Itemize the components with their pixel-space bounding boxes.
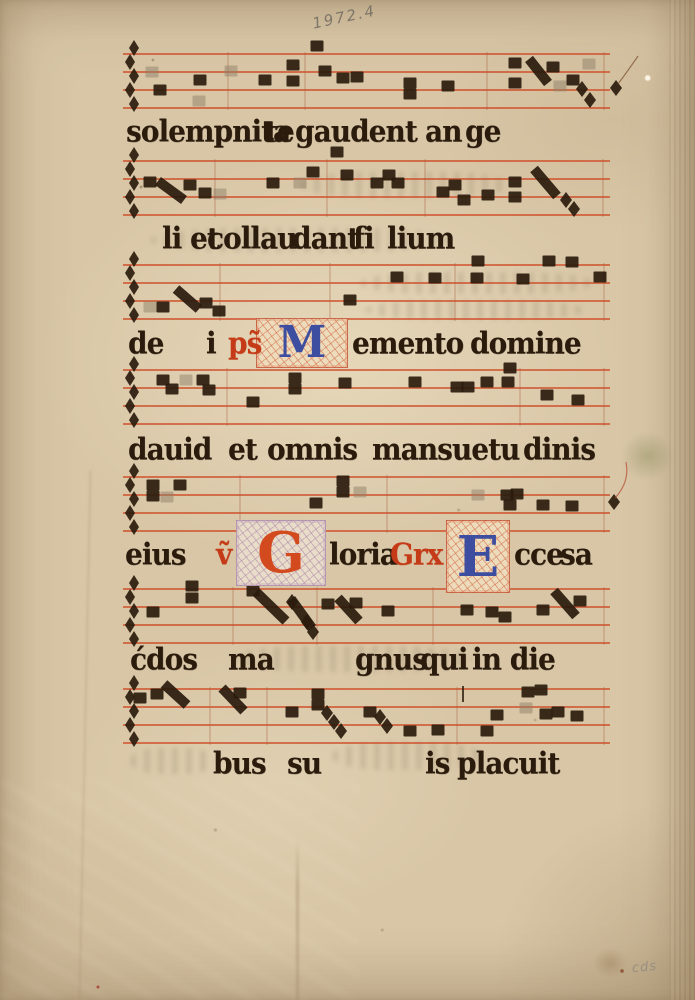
chant-word: in die <box>472 642 555 677</box>
neume-square <box>287 60 300 71</box>
line-start-ornament <box>125 589 135 605</box>
neume-diamond <box>335 723 347 739</box>
neume-square-faded <box>214 189 227 200</box>
neume-diamond <box>584 92 596 108</box>
neume-square <box>535 685 548 696</box>
neume-square <box>442 81 455 92</box>
line-start-ornament <box>125 477 135 493</box>
chant-word: domine <box>470 326 581 361</box>
neume-diamond <box>381 718 393 734</box>
rubric-text: ṽ <box>216 537 231 572</box>
neume-square-faded <box>225 66 238 77</box>
chant-word: ge <box>465 114 500 149</box>
neume-square <box>404 726 417 737</box>
neume-oblique <box>256 592 286 621</box>
neume-square <box>486 607 499 618</box>
neume-square <box>543 256 556 267</box>
neume-square <box>462 382 475 393</box>
crease <box>296 838 299 1000</box>
neume-oblique <box>176 289 199 309</box>
chant-text-line: lietcollaudantfilium <box>0 221 695 257</box>
neume-square <box>537 500 550 511</box>
neume-square <box>213 306 226 317</box>
neume-diamond <box>286 594 298 610</box>
neume-square <box>504 363 517 374</box>
neume-diamond <box>307 624 319 640</box>
chant-word: placuit <box>457 746 559 781</box>
staff <box>123 675 610 747</box>
neume-square <box>482 190 495 201</box>
neume-square <box>151 689 164 700</box>
chant-word: gnus <box>355 642 427 677</box>
line-start-ornament <box>129 96 139 112</box>
neume-square <box>458 195 471 206</box>
neume-square <box>404 78 417 89</box>
manuscript-page: 1972.4 MGE solempnitategaudentangelietco… <box>0 0 695 1000</box>
neume-square <box>247 397 260 408</box>
line-start-ornament <box>129 203 139 219</box>
neume-square <box>344 295 357 306</box>
page-edge <box>669 0 695 1000</box>
chant-word: de <box>128 326 163 361</box>
chant-word: omnis <box>267 432 357 467</box>
neume-square <box>199 188 212 199</box>
stain <box>593 948 627 978</box>
neume-square <box>259 75 272 86</box>
neume-square-faded <box>180 375 193 386</box>
staff <box>123 462 627 535</box>
neume-diamond <box>610 80 622 96</box>
neume-square <box>537 605 550 616</box>
chant-word: lium <box>387 221 454 256</box>
line-start-ornament <box>125 689 135 705</box>
neume-square <box>200 298 213 309</box>
neume-square <box>509 78 522 89</box>
neume-square-faded <box>554 81 567 92</box>
neume-diamond <box>576 81 588 97</box>
neume-square <box>517 274 530 285</box>
chant-word: fi <box>353 221 374 256</box>
neume-square <box>289 373 302 384</box>
neume-square-faded <box>193 96 206 107</box>
line-start-ornament <box>129 412 139 428</box>
neume-oblique <box>529 59 548 83</box>
neume-square <box>134 693 147 704</box>
neume-square <box>364 707 377 718</box>
neume-square <box>391 272 404 283</box>
neume-square <box>157 375 170 386</box>
line-start-ornament <box>129 279 139 295</box>
neume-square <box>404 89 417 100</box>
neume-square <box>566 257 579 268</box>
custos-tail <box>618 56 638 84</box>
neume-square-faded <box>294 178 307 189</box>
line-start-ornament <box>125 189 135 205</box>
chant-word: qui <box>420 642 468 677</box>
chant-text-line: deips̃ementodomine <box>0 326 695 362</box>
line-start-ornament <box>129 575 139 591</box>
rubric-text: Grx <box>390 537 442 572</box>
chant-word: sa <box>560 537 592 572</box>
chant-word: collau <box>207 221 297 256</box>
neume-oblique <box>554 591 576 616</box>
neume-square <box>337 476 350 487</box>
neume-square <box>147 491 160 502</box>
chant-text-line: eiusṽloriaGrxccesa <box>0 537 695 573</box>
neume-square-faded <box>144 302 157 313</box>
neume-square <box>594 272 607 283</box>
staff <box>123 575 610 647</box>
neume-square <box>307 167 320 178</box>
chant-word: ma <box>228 642 274 677</box>
neume-diamond <box>568 201 580 217</box>
neume-square <box>166 384 179 395</box>
line-start-ornament <box>129 731 139 747</box>
chant-word: i <box>206 326 216 361</box>
neume-square <box>312 700 325 711</box>
line-start-ornament <box>125 717 135 733</box>
neume-square <box>509 58 522 69</box>
chant-word: dinis <box>523 432 595 467</box>
chant-word: et <box>228 432 257 467</box>
neume-square <box>351 72 364 83</box>
neume-square <box>319 66 332 77</box>
neume-square <box>184 180 197 191</box>
neume-square <box>509 192 522 203</box>
neume-oblique <box>158 181 184 200</box>
neume-square <box>197 375 210 386</box>
neume-square <box>234 688 247 699</box>
neume-oblique <box>164 684 187 705</box>
neume-oblique <box>534 169 557 196</box>
chant-word: ćdos <box>130 642 197 677</box>
neume-square <box>501 490 514 501</box>
staff <box>123 356 610 428</box>
neume-square <box>322 599 335 610</box>
neume-square <box>481 377 494 388</box>
neume-square-faded <box>583 59 596 70</box>
neume-square <box>267 178 280 189</box>
chant-word: emento <box>352 326 463 361</box>
line-start-ornament <box>125 398 135 414</box>
line-start-ornament <box>129 703 139 719</box>
neume-diamond <box>608 494 620 510</box>
neume-square <box>203 385 216 396</box>
line-start-ornament <box>129 519 139 535</box>
neume-square <box>312 689 325 700</box>
chant-word: su <box>287 746 321 781</box>
line-start-ornament <box>129 40 139 56</box>
neume-square <box>147 480 160 491</box>
neume-square <box>571 711 584 722</box>
neume-square <box>432 725 445 736</box>
line-start-ornament <box>125 293 135 309</box>
neume-square <box>154 85 167 96</box>
neume-square <box>147 607 160 618</box>
parchment-streaks <box>0 780 360 1000</box>
neume-square <box>174 480 187 491</box>
neume-square <box>491 710 504 721</box>
neume-square <box>350 598 363 609</box>
neume-square <box>186 593 199 604</box>
bleed-through-smudge <box>300 172 510 198</box>
neume-square <box>341 170 354 181</box>
line-start-ornament <box>129 68 139 84</box>
line-start-ornament <box>129 603 139 619</box>
neume-square <box>310 498 323 509</box>
neume-square <box>461 605 474 616</box>
rubric-text: ps̃ <box>228 326 261 361</box>
neume-square <box>541 390 554 401</box>
neume-square <box>194 75 207 86</box>
line-start-ornament <box>125 505 135 521</box>
staff <box>123 147 610 220</box>
chant-word: is <box>425 746 449 781</box>
chant-word: loria <box>329 537 397 572</box>
neume-square-faded <box>161 492 174 503</box>
neume-square <box>289 384 302 395</box>
accession-number: 1972.4 <box>311 1 378 32</box>
line-start-ornament <box>125 54 135 70</box>
music-notation <box>0 0 695 1000</box>
chant-word: an <box>425 114 462 149</box>
neume-diamond <box>301 614 313 630</box>
neume-diamond <box>321 705 333 721</box>
line-start-ornament <box>129 491 139 507</box>
neume-square <box>502 377 515 388</box>
corner-inscription: cds <box>631 959 658 977</box>
neume-square <box>392 178 405 189</box>
line-start-ornament <box>129 307 139 323</box>
neume-square <box>186 581 199 592</box>
neume-square-faded <box>520 703 533 714</box>
chant-word: bus <box>213 746 266 781</box>
bleed-through-smudge <box>365 300 585 320</box>
neume-square-faded <box>146 67 159 78</box>
neume-square <box>574 596 587 607</box>
neume-square <box>540 709 553 720</box>
staff <box>123 251 610 323</box>
neume-square <box>337 73 350 84</box>
chant-word: dauid <box>128 432 211 467</box>
neume-square-faded <box>472 490 485 501</box>
chant-word: eius <box>125 537 186 572</box>
chant-word: cce <box>514 537 563 572</box>
neume-square <box>499 612 512 623</box>
line-start-ornament <box>125 265 135 281</box>
neume-square <box>311 41 324 52</box>
neume-square <box>339 378 352 389</box>
line-start-ornament <box>129 384 139 400</box>
neume-square <box>451 382 464 393</box>
chant-text-line: ćdosmagnusquiin die <box>0 642 695 678</box>
bleed-through-smudge <box>360 272 595 294</box>
neume-square <box>337 487 350 498</box>
neume-square <box>286 707 299 718</box>
neume-square <box>511 489 524 500</box>
neume-oblique <box>291 599 312 628</box>
neume-square <box>566 501 579 512</box>
neume-diamond <box>560 192 572 208</box>
neume-square <box>572 395 585 406</box>
neume-square <box>509 177 522 188</box>
neume-square <box>449 180 462 191</box>
neume-square <box>157 302 170 313</box>
line-start-ornament <box>125 370 135 386</box>
chant-text-line: dauidetomnismansuetudinis <box>0 432 695 468</box>
neume-square <box>522 687 535 698</box>
neume-oblique <box>222 688 244 711</box>
chant-word: mansuetu <box>372 432 519 467</box>
neume-square <box>567 75 580 86</box>
neume-square <box>371 178 384 189</box>
chant-word: te <box>265 114 294 149</box>
chant-text-line: bussuisplacuit <box>0 746 695 782</box>
neume-square <box>429 273 442 284</box>
neume-diamond <box>328 714 340 730</box>
neume-square <box>504 500 517 511</box>
neume-square <box>481 726 494 737</box>
neume-diamond <box>374 709 386 725</box>
neume-square <box>144 177 157 188</box>
neume-square <box>287 76 300 87</box>
line-start-ornament <box>125 161 135 177</box>
parchment-speckles <box>0 0 695 1000</box>
chant-text-line: solempnitategaudentange <box>0 114 695 150</box>
neume-oblique <box>338 598 359 621</box>
neume-square <box>247 586 260 597</box>
neume-square <box>409 377 422 388</box>
line-start-ornament <box>125 82 135 98</box>
neume-square <box>552 707 565 718</box>
neume-square <box>437 187 450 198</box>
neume-square <box>472 256 485 267</box>
chant-word: dant <box>292 221 359 256</box>
chant-word: gaudent <box>295 114 417 149</box>
neume-square <box>383 170 396 181</box>
neume-square-faded <box>354 487 367 498</box>
line-start-ornament <box>125 617 135 633</box>
chant-word: li <box>162 221 181 256</box>
line-start-ornament <box>129 175 139 191</box>
neume-tick <box>462 686 464 702</box>
neume-square <box>547 62 560 73</box>
neume-square <box>382 606 395 617</box>
neume-square <box>471 273 484 284</box>
staff <box>123 40 638 112</box>
